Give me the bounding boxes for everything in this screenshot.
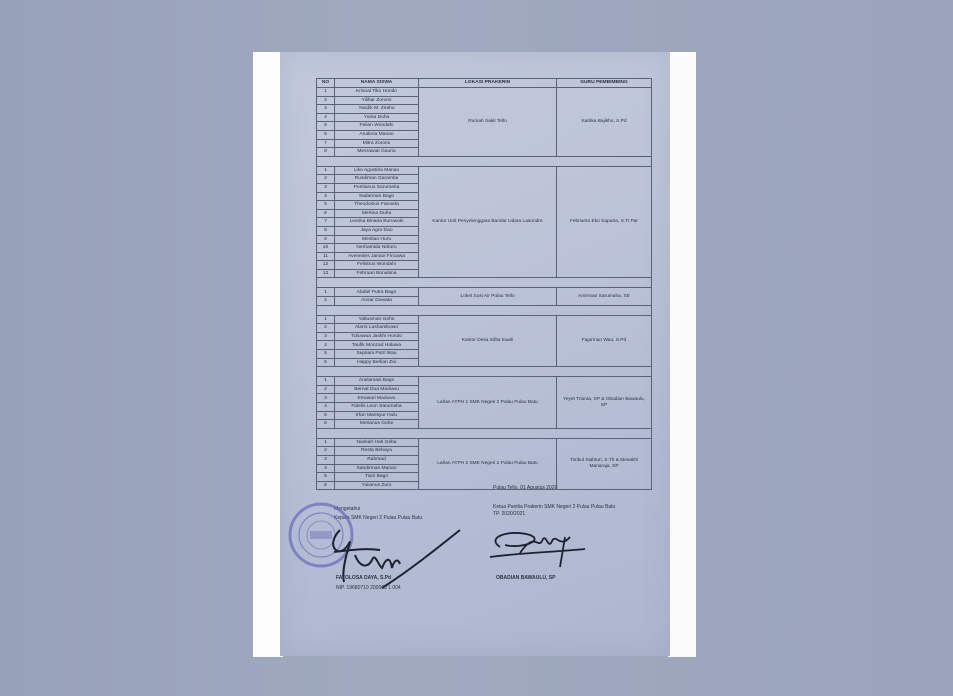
student-no: 4 (317, 192, 335, 201)
mentor-teacher: Yeyet Trianta, SP & Obadian Bawaulu, SP (557, 377, 652, 429)
photo-border-left (253, 52, 283, 657)
internship-location: Loket Susi Air Pulau Tello (419, 288, 557, 305)
internship-table-container: NO NAMA SISWA LOKASI PRAKERIN GURU PEMBI… (316, 78, 652, 490)
student-name: Happy Berlian Zai (335, 358, 419, 367)
student-no: 1 (317, 315, 335, 324)
student-no: 6 (317, 130, 335, 139)
student-name: Felian Wondahi (335, 122, 419, 131)
student-name: Mestian Huru (335, 235, 419, 244)
student-name: Mitra Zoromi (335, 139, 419, 148)
table-row: 1Liko Agustina ManaoKantor Unit Penyelen… (317, 166, 652, 175)
group-separator (317, 428, 652, 438)
student-name: Anelamasi Bago (335, 377, 419, 386)
student-name: Theodosius Fanaeta (335, 201, 419, 210)
chair-title: Ketua Panitia Prakerin SMK Negeri 2 Pula… (493, 504, 615, 511)
student-name: Tiani Bago (335, 473, 419, 482)
separator-cell (317, 367, 652, 377)
student-name: Sadarman Bago (335, 192, 419, 201)
internship-location: Rumah Sakit Tello (419, 88, 557, 157)
student-no: 11 (317, 252, 335, 261)
header-no: NO (317, 79, 335, 88)
internship-location: Lahan ATPH 2 SMK Negeri 2 Pulau Pulau Ba… (419, 438, 557, 490)
student-no: 5 (317, 411, 335, 420)
separator-cell (317, 278, 652, 288)
student-no: 4 (317, 464, 335, 473)
mentor-teacher: Febrianto Eko Saputra, S.Tr.Par (557, 166, 652, 278)
student-name: Septiani Putri Wau (335, 350, 419, 359)
student-no: 6 (317, 481, 335, 490)
internship-location: Lahan ATPH 1 SMK Negeri 2 Pulau Pulau Ba… (419, 377, 557, 429)
student-no: 7 (317, 218, 335, 227)
student-no: 2 (317, 447, 335, 456)
student-no: 2 (317, 96, 335, 105)
student-no: 6 (317, 209, 335, 218)
table-row: 1Anelamasi BagoLahan ATPH 1 SMK Negeri 2… (317, 377, 652, 386)
mentor-teacher: Fajarman Wau, S.Pd (557, 315, 652, 367)
group-separator (317, 278, 652, 288)
separator-cell (317, 428, 652, 438)
student-no: 6 (317, 420, 335, 429)
student-name: Avenedes Janaoi Fincawa (335, 252, 419, 261)
student-name: Yaltusman Geho (335, 315, 419, 324)
internship-location: Kantor Desa Sifita Ewali (419, 315, 557, 367)
student-no: 2 (317, 175, 335, 184)
photo-border-right (668, 52, 696, 657)
student-name: Februari Bonalima (335, 269, 419, 278)
student-no: 5 (317, 122, 335, 131)
student-name: Ansar Duwata (335, 297, 419, 306)
chair-block: Ketua Panitia Prakerin SMK Negeri 2 Pula… (493, 504, 615, 518)
student-no: 8 (317, 148, 335, 157)
internship-location: Kantor Unit Penyelenggara Bandar Udara L… (419, 166, 557, 278)
student-name: Merianus Gohe (335, 420, 419, 429)
student-name: Yulianus Zuro (335, 481, 419, 490)
student-no: 1 (317, 438, 335, 447)
student-name: Resta Bebaya (335, 447, 419, 456)
table-row: 1Krisnal Tiko HondoRumah Sakit TelloKart… (317, 88, 652, 97)
student-name: Taufik Monzad Halawa (335, 341, 419, 350)
student-name: Jaya Agro Dao (335, 226, 419, 235)
student-name: Lestina Binaria Buruwoki (335, 218, 419, 227)
student-name: Liko Agustina Manao (335, 166, 419, 175)
chair-name: OBADIAN BAWAULU, SP (496, 575, 555, 581)
separator-cell (317, 305, 652, 315)
student-no: 2 (317, 385, 335, 394)
student-no: 1 (317, 288, 335, 297)
student-name: Tuhawua Jaskhi Hondo (335, 332, 419, 341)
student-name: Yasdik M. Zirahu (335, 105, 419, 114)
separator-cell (317, 156, 652, 166)
student-name: Felistrus Wondahi (335, 261, 419, 270)
student-no: 3 (317, 105, 335, 114)
student-no: 5 (317, 473, 335, 482)
student-name: Yutria Duha (335, 113, 419, 122)
student-no: 5 (317, 201, 335, 210)
student-no: 9 (317, 235, 335, 244)
chair-year: TP. 2020/2021 (493, 511, 615, 518)
student-no: 6 (317, 358, 335, 367)
document-page: NO NAMA SISWA LOKASI PRAKERIN GURU PEMBI… (280, 52, 670, 656)
student-no: 12 (317, 261, 335, 270)
student-no: 4 (317, 403, 335, 412)
student-name: Abdiel Putra Bago (335, 288, 419, 297)
student-name: Rahmad (335, 455, 419, 464)
mentor-teacher: Kartika Bajikho, S.Pd (557, 88, 652, 157)
group-separator (317, 305, 652, 315)
student-name: Pontianus Sarumaha (335, 183, 419, 192)
student-name: Mertina Duha (335, 209, 419, 218)
table-row: 1Yaltusman GehoKantor Desa Sifita EwaliF… (317, 315, 652, 324)
student-no: 3 (317, 455, 335, 464)
student-name: Yilihar Zoromi (335, 96, 419, 105)
table-header-row: NO NAMA SISWA LOKASI PRAKERIN GURU PEMBI… (317, 79, 652, 88)
student-no: 1 (317, 88, 335, 97)
student-no: 2 (317, 324, 335, 333)
student-no: 4 (317, 113, 335, 122)
student-no: 5 (317, 350, 335, 359)
student-no: 8 (317, 226, 335, 235)
student-no: 13 (317, 269, 335, 278)
principal-signature-icon (320, 520, 465, 592)
student-no: 3 (317, 332, 335, 341)
mentor-teacher: Amirman Sarumaha, SE (557, 288, 652, 305)
student-no: 4 (317, 341, 335, 350)
student-name: Alarni Lushambowo (335, 324, 419, 333)
student-no: 10 (317, 244, 335, 253)
group-separator (317, 156, 652, 166)
student-name: Ernasari Maduwu (335, 394, 419, 403)
student-name: Mesrawati Gauria (335, 148, 419, 157)
student-no: 1 (317, 166, 335, 175)
student-no: 3 (317, 394, 335, 403)
table-body: 1Krisnal Tiko HondoRumah Sakit TelloKart… (317, 88, 652, 490)
student-name: Sandirman Manao (335, 464, 419, 473)
header-mentor: GURU PEMBIMBING (557, 79, 652, 88)
student-name: Analeria Manao (335, 130, 419, 139)
place-date: Pulau Tello, 01 Agustus 2020 (493, 485, 557, 491)
table-row: 1Naskah Hati GebaLahan ATPH 2 SMK Negeri… (317, 438, 652, 447)
header-name: NAMA SISWA (335, 79, 419, 88)
student-no: 7 (317, 139, 335, 148)
table-row: 1Abdiel Putra BagoLoket Susi Air Pulau T… (317, 288, 652, 297)
student-no: 1 (317, 377, 335, 386)
principal-nip: NIP. 19680710 200003 1 004 (336, 585, 401, 591)
internship-table: NO NAMA SISWA LOKASI PRAKERIN GURU PEMBI… (316, 78, 652, 490)
student-no: 3 (317, 183, 335, 192)
group-separator (317, 367, 652, 377)
student-name: Irfan Mansyur Hulu (335, 411, 419, 420)
principal-name: FATOLOSA DAYA, S.Pd (336, 575, 391, 581)
student-no: 2 (317, 297, 335, 306)
student-name: Fidelis Leon Sarumaha (335, 403, 419, 412)
student-name: Rusdiman Garamba (335, 175, 419, 184)
student-name: Naskah Hati Geba (335, 438, 419, 447)
student-name: Bernat Dua Maduwu (335, 385, 419, 394)
mentor-teacher: Timbul Siahturi, S.Th & Mesakhi Manaraja… (557, 438, 652, 490)
student-name: Krisnal Tiko Hondo (335, 88, 419, 97)
header-location: LOKASI PRAKERIN (419, 79, 557, 88)
student-name: Nerhamida Ndruru (335, 244, 419, 253)
chair-signature-icon (480, 527, 590, 569)
